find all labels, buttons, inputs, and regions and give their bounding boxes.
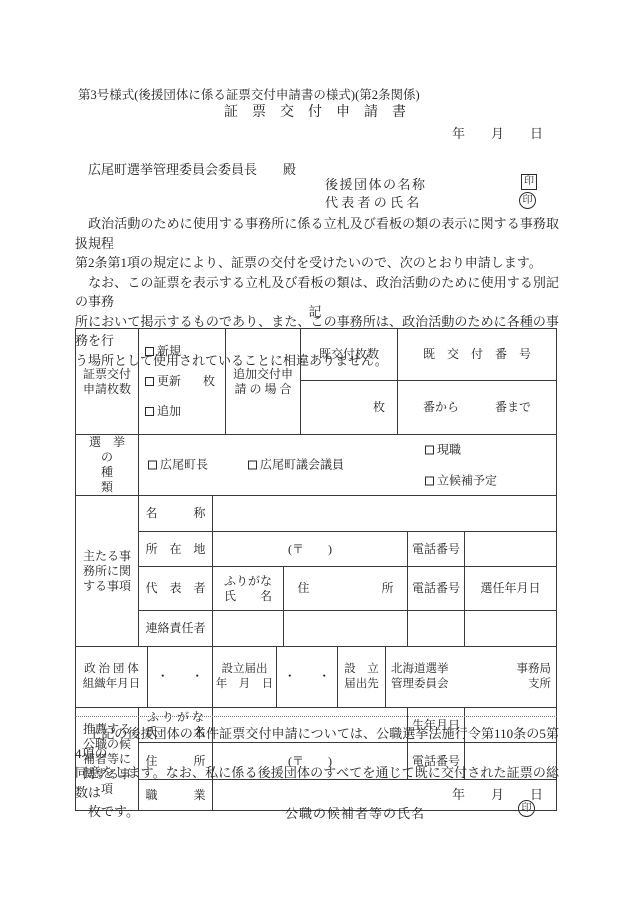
checkbox-council[interactable]	[248, 461, 257, 470]
seal-stamp-icon: 印	[521, 174, 537, 190]
option-add-label: 追加	[157, 404, 181, 419]
contact-address-field[interactable]	[284, 611, 408, 647]
additional-issue-header: 追加交付申 請 の 場 合	[226, 329, 301, 435]
filing-destination-branch: 事務局 支所	[517, 662, 552, 692]
issue-type-cell: 新規 更新 枚 追加	[139, 329, 226, 435]
dotted-divider	[75, 716, 557, 717]
seal-stamp-icon: 印	[519, 192, 536, 209]
issued-number-header: 既 交 付 番 号	[398, 329, 557, 381]
option-candidate-planned: 立候補予定	[425, 473, 497, 489]
addressee-line: 広尾町選挙管理委員会委員長 殿	[88, 159, 296, 178]
office-address-field[interactable]: (〒 )	[213, 532, 408, 567]
rep-phone-label: 電話番号	[408, 567, 465, 611]
page-title: 証 票 交 付 申 請 書	[0, 101, 630, 121]
office-address-label: 所 在 地	[139, 532, 213, 567]
group-name-label: 後援団体の名称	[325, 174, 427, 193]
form-page: 第3号様式(後援団体に係る証票交付申請書の様式)(第2条関係) 証 票 交 付 …	[0, 0, 630, 916]
option-incumbent: 現職	[425, 442, 497, 458]
checkbox-incumbent[interactable]	[425, 445, 434, 454]
filing-destination-cell: 北海道選挙 管理委員会 事務局 支所	[386, 647, 557, 708]
org-date-label: 政 治 団 体 組織年月日	[76, 647, 148, 708]
checkbox-new[interactable]	[145, 347, 154, 356]
ki-marker: 記	[0, 301, 630, 320]
option-new-label: 新規	[157, 344, 181, 359]
option-status-group: 現職 立候補予定	[425, 435, 497, 496]
checkbox-add[interactable]	[145, 407, 154, 416]
office-name-field[interactable]	[213, 496, 557, 532]
option-renew-label: 更新	[157, 374, 181, 389]
election-type-cell: 広尾町長 広尾町議会議員 現職 立候補予定	[139, 435, 557, 496]
office-section-header: 主たる事 務所に関 する事項	[76, 496, 139, 647]
date-line-top: 年 月 日	[452, 123, 543, 142]
representative-name-label: 代 表 者 の 氏 名	[325, 192, 419, 211]
option-mayor: 広尾町長	[148, 458, 208, 473]
contact-person-label: 連絡責任者	[139, 611, 213, 647]
office-rep-label: 代 表 者	[139, 567, 213, 611]
filing-date-field[interactable]: ・ ・	[277, 647, 338, 708]
sheets-unit-label: 枚	[203, 374, 215, 389]
option-mayor-label: 広尾町長	[160, 458, 208, 473]
candidate-signature-label: 公職の候補者等の氏名	[285, 803, 425, 822]
contact-phone-field[interactable]	[408, 611, 465, 647]
election-type-header: 選 挙 の 種 類	[76, 435, 139, 496]
rep-address-label: 住 所	[284, 567, 408, 611]
contact-appointment-field[interactable]	[465, 611, 557, 647]
issued-number-range-field[interactable]: 番から 番まで	[398, 380, 557, 434]
checkbox-candidate-planned[interactable]	[425, 476, 434, 485]
issued-count-field[interactable]: 枚	[301, 380, 398, 434]
option-council: 広尾町議会議員	[248, 458, 344, 473]
option-add: 追加	[139, 404, 225, 419]
issue-count-header: 証票交付 申請枚数	[76, 329, 139, 435]
office-name-label: 名 称	[139, 496, 213, 532]
rep-furigana-label: ふりがな 氏 名	[213, 567, 284, 611]
option-council-label: 広尾町議会議員	[260, 458, 344, 473]
seal-stamp-icon: 印	[518, 800, 535, 817]
contact-furigana-field[interactable]	[213, 611, 284, 647]
checkbox-renew[interactable]	[145, 377, 154, 386]
filing-destination-label: 設 立 届出先	[338, 647, 386, 708]
option-candidate-planned-label: 立候補予定	[437, 473, 497, 489]
option-incumbent-label: 現職	[437, 442, 461, 458]
office-phone-field[interactable]	[465, 532, 557, 567]
filing-date-label: 設立届出 年 月 日	[213, 647, 277, 708]
rep-appointment-label: 選任年月日	[465, 567, 557, 611]
checkbox-mayor[interactable]	[148, 461, 157, 470]
org-date-field[interactable]: ・ ・	[148, 647, 213, 708]
issued-count-header: 既交付枚数	[301, 329, 398, 381]
option-renew: 更新 枚	[139, 374, 225, 389]
option-new: 新規	[139, 344, 225, 359]
office-phone-label: 電話番号	[408, 532, 465, 567]
filing-destination-value: 北海道選挙 管理委員会	[391, 662, 449, 692]
